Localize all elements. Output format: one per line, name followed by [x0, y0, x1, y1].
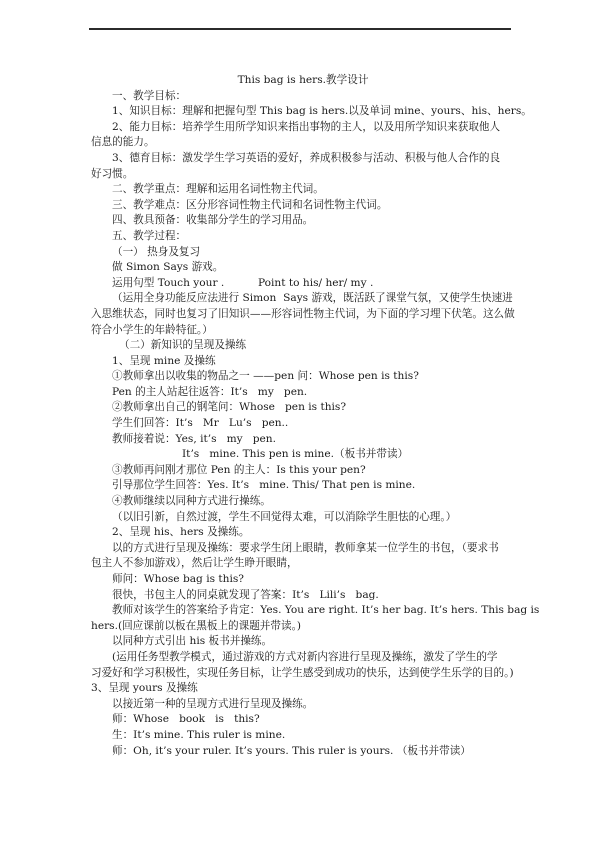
paragraph-line: 入思维状态，同时也复习了旧知识——形容词性物主代词，为下面的学习埋下伏笔。这么做 — [91, 307, 515, 323]
paragraph-line: 学生们回答：It’s Mr Lu’s pen.. — [91, 416, 515, 432]
paragraph-line: 教师接着说：Yes, it’s my pen. — [91, 432, 515, 448]
paragraph-line: It’s mine. This pen is mine.（板书并带读） — [91, 447, 515, 463]
paragraph-line: hers.(回应课前以板在黑板上的课题并带读。) — [91, 619, 515, 635]
document-title: This bag is hers.教学设计 — [91, 73, 515, 89]
paragraph-line: 符合小学生的年龄特征。） — [91, 323, 515, 339]
paragraph-line: 四、教具预备：收集部分学生的学习用品。 — [91, 213, 515, 229]
paragraph-line: （以旧引新，自然过渡，学生不回觉得太难，可以消除学生胆怯的心理。） — [91, 510, 515, 526]
paragraph-line: 3、德育目标：激发学生学习英语的爱好，养成积极参与活动、积极与他人合作的良 — [91, 151, 515, 167]
paragraph-line: ①教师拿出以收集的物品之一 ——pen 问：Whose pen is this? — [91, 369, 515, 385]
paragraph-line: (运用任务型教学模式，通过游戏的方式对新内容进行呈现及操练，激发了学生的学 — [91, 650, 515, 666]
paragraph-line: 2、呈现 his、hers 及操练。 — [91, 525, 515, 541]
paragraph-line: 3、呈现 yours 及操练 — [91, 681, 515, 697]
header-rule — [89, 28, 511, 30]
paragraph-line: 信息的能力。 — [91, 135, 515, 151]
paragraph-line: 很快，书包主人的同桌就发现了答案：It’s Lili’s bag. — [91, 588, 515, 604]
paragraph-line: 1、知识目标：理解和把握句型 This bag is hers.以及单词 min… — [91, 104, 515, 120]
paragraph-line: 师：Oh, it’s your ruler. It’s yours. This … — [91, 744, 515, 760]
paragraph-line: 教师对该学生的答案给予肯定：Yes. You are right. It’s h… — [91, 603, 515, 619]
paragraph-line: Pen 的主人站起往返答：It’s my pen. — [91, 385, 515, 401]
paragraph-line: 二、教学重点：理解和运用名词性物主代词。 — [91, 182, 515, 198]
paragraph-line: 一、教学目标： — [91, 89, 515, 105]
paragraph-line: 五、教学过程： — [91, 229, 515, 245]
paragraph-line: 1、呈现 mine 及操练 — [91, 354, 515, 370]
paragraph-line: ③教师再问刚才那位 Pen 的主人：Is this your pen? — [91, 463, 515, 479]
paragraph-line: （二）新知识的呈现及操练 — [91, 338, 515, 354]
paragraph-line: ④教师继续以同种方式进行操练。 — [91, 494, 515, 510]
paragraph-line: （一） 热身及复习 — [91, 245, 515, 261]
paragraph-line: 习爱好和学习积极性，实现任务目标，让学生感受到成功的快乐，达到使学生乐学的目的。… — [91, 666, 515, 682]
paragraph-line: 2、能力目标：培养学生用所学知识来指出事物的主人，以及用所学知识来获取他人 — [91, 120, 515, 136]
document-body: This bag is hers.教学设计 一、教学目标：1、知识目标：理解和把… — [91, 73, 515, 759]
document-lines: 一、教学目标：1、知识目标：理解和把握句型 This bag is hers.以… — [91, 89, 515, 760]
paragraph-line: 引导那位学生回答：Yes. It’s mine. This/ That pen … — [91, 478, 515, 494]
paragraph-line: 好习惯。 — [91, 167, 515, 183]
paragraph-line: 生：It’s mine. This ruler is mine. — [91, 728, 515, 744]
paragraph-line: ②教师拿出自己的钢笔问：Whose pen is this? — [91, 400, 515, 416]
paragraph-line: 师问：Whose bag is this? — [91, 572, 515, 588]
paragraph-line: （运用全身功能反应法进行 Simon Says 游戏，既活跃了课堂气氛，又使学生… — [91, 291, 515, 307]
paragraph-line: 包主人不参加游戏），然后让学生睁开眼睛， — [91, 556, 515, 572]
paragraph-line: 师：Whose book is this? — [91, 712, 515, 728]
paragraph-line: 运用句型 Touch your . Point to his/ her/ my … — [91, 276, 515, 292]
paragraph-line: 三、教学难点：区分形容词性物主代词和名词性物主代词。 — [91, 198, 515, 214]
paragraph-line: 做 Simon Says 游戏。 — [91, 260, 515, 276]
paragraph-line: 以的方式进行呈现及操练：要求学生闭上眼睛，教师拿某一位学生的书包，（要求书 — [91, 541, 515, 557]
paragraph-line: 以接近第一种的呈现方式进行呈现及操练。 — [91, 697, 515, 713]
paragraph-line: 以同种方式引出 his 板书并操练。 — [91, 634, 515, 650]
